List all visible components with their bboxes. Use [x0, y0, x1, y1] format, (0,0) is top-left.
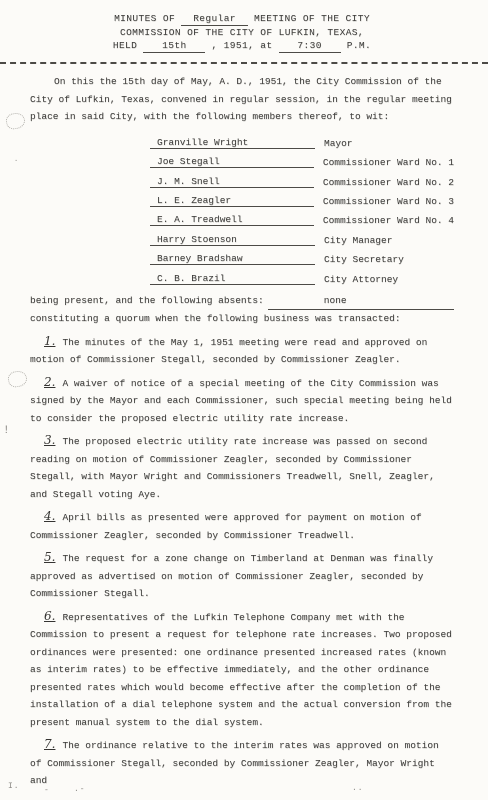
meeting-time-blank: 7:30: [279, 39, 341, 53]
member-row: J. M. Snell Commissioner Ward No. 2: [150, 168, 454, 187]
present-line: being present, and the following absents…: [30, 292, 454, 311]
item-text: Representatives of the Lufkin Telephone …: [30, 612, 452, 728]
member-title: Mayor: [315, 138, 353, 149]
intro-paragraph: On this the 15th day of May, A. D., 1951…: [30, 73, 454, 126]
member-title: City Manager: [315, 235, 392, 246]
minute-item-5: 5.The request for a zone change on Timbe…: [30, 549, 454, 603]
header-line1-post: MEETING OF THE CITY: [254, 13, 370, 24]
item-text: The request for a zone change on Timberl…: [30, 553, 433, 599]
absents-value: none: [324, 295, 347, 306]
member-name: L. E. Zeagler: [150, 195, 314, 207]
member-name: J. M. Snell: [150, 176, 314, 188]
minute-item-1: 1.The minutes of the May 1, 1951 meeting…: [30, 333, 454, 369]
member-row: Harry Stoenson City Manager: [150, 226, 454, 245]
minute-item-4: 4.April bills as presented were approved…: [30, 508, 454, 544]
member-row: E. A. Treadwell Commissioner Ward No. 4: [150, 207, 454, 226]
member-row: L. E. Zeagler Commissioner Ward No. 3: [150, 188, 454, 207]
item-number: 2.: [44, 375, 55, 389]
member-title: Commissioner Ward No. 2: [314, 177, 454, 188]
header-line3-pre: HELD: [113, 40, 137, 51]
header-line-2: COMMISSION OF THE CITY OF LUFKIN, TEXAS,: [30, 26, 454, 39]
document-header: MINUTES OF Regular MEETING OF THE CITY C…: [30, 12, 454, 53]
member-name: Barney Bradshaw: [150, 253, 315, 265]
speck-icon: ..: [352, 784, 364, 793]
corner-mark-icon: I.: [8, 782, 20, 791]
member-title: City Secretary: [315, 254, 404, 265]
minute-item-2: 2.A waiver of notice of a special meetin…: [30, 374, 454, 428]
item-text: The proposed electric utility rate incre…: [30, 436, 435, 500]
item-text: The minutes of the May 1, 1951 meeting w…: [30, 337, 427, 366]
quorum-line: constituting a quorum when the following…: [30, 310, 454, 328]
item-text: The ordinance relative to the interim ra…: [30, 740, 439, 786]
member-roster: Granville Wright Mayor Joe Stegall Commi…: [150, 130, 454, 285]
header-line-3: HELD 15th , 1951, at 7:30 P.M.: [30, 39, 454, 53]
member-name: Granville Wright: [150, 137, 315, 149]
dashed-divider: [0, 62, 488, 64]
minute-item-6: 6.Representatives of the Lufkin Telephon…: [30, 608, 454, 732]
member-title: City Attorney: [315, 274, 398, 285]
header-line3-post: P.M.: [347, 40, 371, 51]
item-number: 4.: [44, 509, 55, 523]
item-text: A waiver of notice of a special meeting …: [30, 378, 452, 424]
minute-item-7: 7.The ordinance relative to the interim …: [30, 736, 454, 790]
member-title: Commissioner Ward No. 3: [314, 196, 454, 207]
meeting-type-blank: Regular: [181, 12, 248, 26]
item-number: 7.: [44, 737, 55, 751]
minute-item-3: 3.The proposed electric utility rate inc…: [30, 432, 454, 503]
item-number: 1.: [44, 334, 55, 348]
speck-icon: -: [44, 786, 50, 795]
member-name: Harry Stoenson: [150, 234, 315, 246]
member-row: C. B. Brazil City Attorney: [150, 265, 454, 284]
speck-icon: .-: [74, 785, 86, 794]
member-row: Joe Stegall Commissioner Ward No. 1: [150, 149, 454, 168]
member-name: Joe Stegall: [150, 156, 314, 168]
pencil-dot-icon: .: [14, 156, 18, 164]
item-text: April bills as presented were approved f…: [30, 512, 422, 541]
header-line3-mid: , 1951, at: [211, 40, 272, 51]
member-title: Commissioner Ward No. 4: [314, 215, 454, 226]
meeting-date-blank: 15th: [143, 39, 205, 53]
absents-blank: none: [268, 292, 454, 311]
member-title: Commissioner Ward No. 1: [314, 157, 454, 168]
header-line-1: MINUTES OF Regular MEETING OF THE CITY: [30, 12, 454, 26]
member-name: C. B. Brazil: [150, 273, 315, 285]
item-number: 6.: [44, 609, 55, 623]
scanned-minutes-page: MINUTES OF Regular MEETING OF THE CITY C…: [0, 0, 488, 800]
item-number: 5.: [44, 550, 55, 564]
document-content: MINUTES OF Regular MEETING OF THE CITY C…: [0, 0, 488, 790]
member-name: E. A. Treadwell: [150, 214, 314, 226]
header-line1-pre: MINUTES OF: [114, 13, 175, 24]
present-text: being present, and the following absents…: [30, 292, 264, 311]
member-row: Barney Bradshaw City Secretary: [150, 246, 454, 265]
item-number: 3.: [44, 433, 55, 447]
exclamation-mark-icon: !: [3, 425, 10, 437]
member-row: Granville Wright Mayor: [150, 130, 454, 149]
